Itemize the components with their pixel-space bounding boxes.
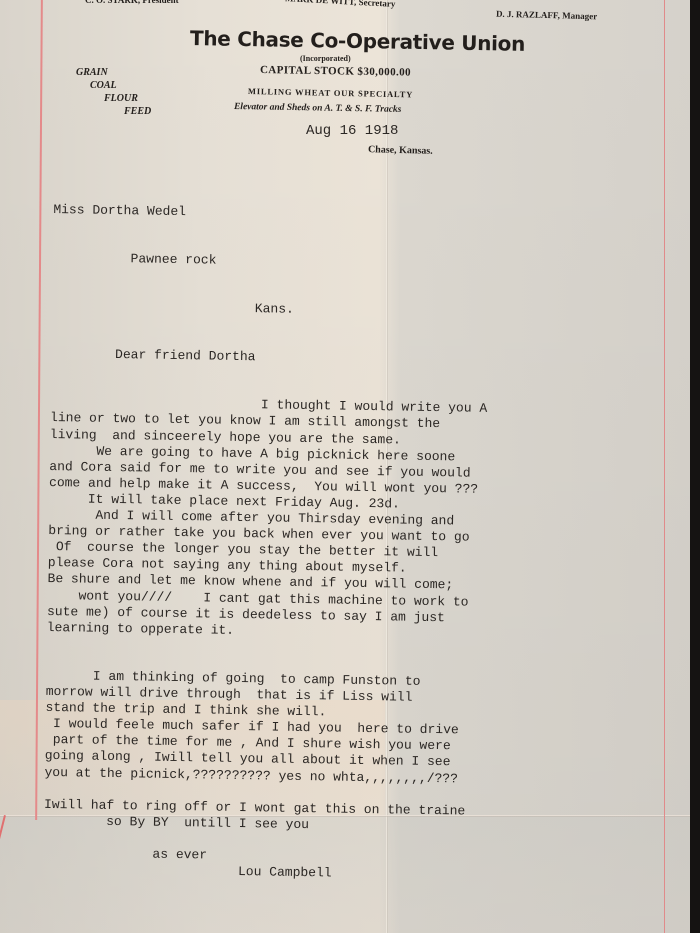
recipient-state: Kans. <box>52 298 489 321</box>
letter-date: Aug 16 1918 <box>306 123 398 139</box>
right-margin-rule <box>664 0 665 933</box>
letter-paper: C. O. STARK, President MARK DE WITT, Sec… <box>0 0 690 933</box>
letter-body: Miss Dortha Wedel Pawnee rock Kans. Dear… <box>42 170 490 916</box>
officer-president: C. O. STARK, President <box>85 0 179 5</box>
recipient-town: Pawnee rock <box>52 250 489 273</box>
elevator-line: Elevator and Sheds on A. T. & S. F. Trac… <box>234 102 402 115</box>
product-item: FLOUR <box>76 92 151 105</box>
background-edge <box>690 0 700 933</box>
left-margin-rule <box>35 0 43 820</box>
product-item: FEED <box>76 105 151 118</box>
company-name: The Chase Co-Operative Union <box>190 26 525 56</box>
product-list: GRAIN COAL FLOUR FEED <box>76 66 151 118</box>
product-item: GRAIN <box>76 66 151 79</box>
letter-paragraphs: I thought I would write you Aline or two… <box>43 394 487 884</box>
recipient-name: Miss Dortha Wedel <box>53 202 490 225</box>
capital-stock: CAPITAL STOCK $30,000.00 <box>260 64 411 79</box>
product-item: COAL <box>76 79 151 92</box>
letterhead-location: Chase, Kansas. <box>368 144 433 157</box>
officer-manager: D. J. RAZLAFF, Manager <box>496 9 597 22</box>
specialty-line: MILLING WHEAT OUR SPECIALTY <box>248 86 413 99</box>
incorporated-label: (Incorporated) <box>300 54 351 63</box>
salutation: Dear friend Dortha <box>51 346 488 369</box>
officer-secretary: MARK DE WITT, Secretary <box>285 0 396 9</box>
